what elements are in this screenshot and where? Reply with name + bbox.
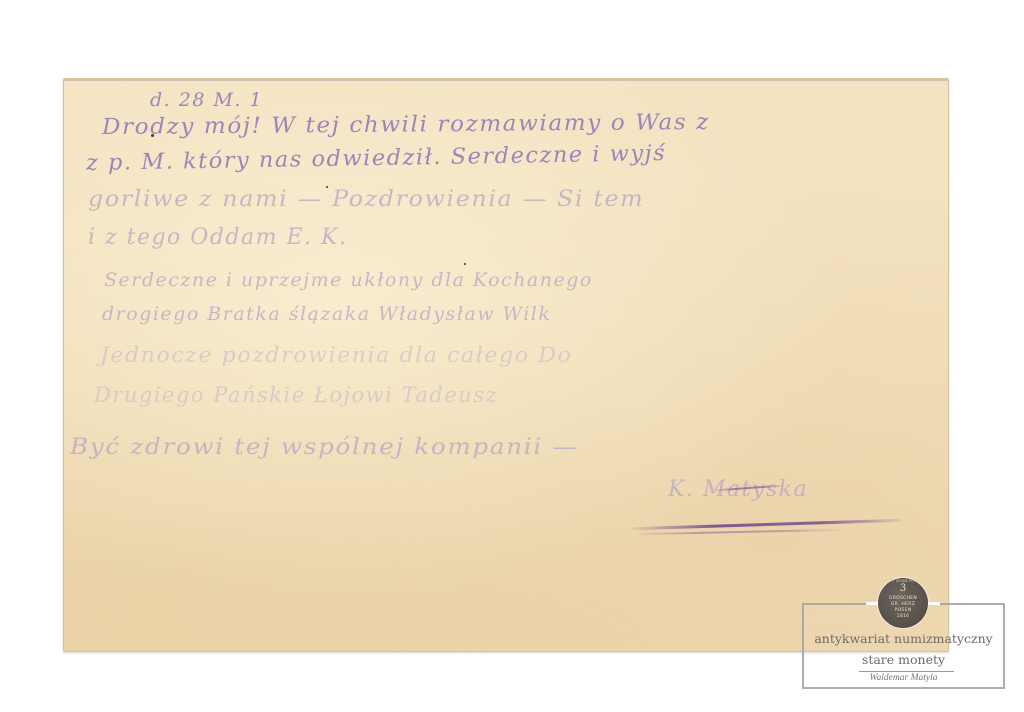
coin-text: GR. HERZ bbox=[878, 602, 928, 607]
handwriting-line: gorliwe z nami — Pozdrowienia — Si tem bbox=[88, 187, 644, 212]
signature-underline bbox=[632, 519, 902, 530]
signature-underline bbox=[639, 529, 839, 535]
paper-speck bbox=[151, 134, 154, 137]
paper-speck bbox=[326, 186, 328, 188]
handwriting-line: Drugiego Pańskie Łojowi Tadeusz bbox=[94, 383, 498, 407]
watermark-divider bbox=[859, 671, 954, 672]
watermark-gap bbox=[928, 602, 940, 605]
paper-speck bbox=[464, 263, 466, 265]
coin-denomination: 3 bbox=[878, 584, 928, 594]
coin-text: POSEN bbox=[878, 608, 928, 613]
photo-stage: d. 28 M. 1 Drodzy mój! W tej chwili rozm… bbox=[0, 0, 1024, 712]
handwriting-line: Serdeczne i uprzejme ukłony dla Kochaneg… bbox=[104, 269, 593, 291]
handwriting-line: i z tego Oddam E. K. bbox=[88, 225, 347, 250]
postcard: d. 28 M. 1 Drodzy mój! W tej chwili rozm… bbox=[63, 78, 949, 652]
handwriting-line: z p. M. który nas odwiedził. Serdeczne i… bbox=[86, 141, 667, 176]
coin-text: GROSCHEN bbox=[878, 596, 928, 601]
watermark-subtitle: stare monety bbox=[804, 652, 1003, 667]
handwriting-line: Drodzy mój! W tej chwili rozmawiamy o Wa… bbox=[102, 110, 710, 140]
watermark-gap bbox=[866, 602, 878, 605]
coin-text: 1816 bbox=[878, 614, 928, 619]
handwriting-date: d. 28 M. 1 bbox=[150, 89, 263, 111]
watermark-title: antykwariat numizmatyczny bbox=[804, 631, 1003, 646]
watermark-owner: Waldemar Matyla bbox=[804, 673, 1003, 683]
coin-logo-icon: GOTT SEGNE POSEN 3 GROSCHEN GR. HERZ POS… bbox=[878, 578, 928, 628]
handwriting-line: drogiego Bratka ślązaka Władysław Wilk bbox=[102, 303, 551, 325]
handwriting-line: Jednocze pozdrowienia dla całego Do bbox=[100, 343, 572, 367]
handwriting-line: Być zdrowi tej wspólnej kompanii — bbox=[70, 435, 579, 460]
